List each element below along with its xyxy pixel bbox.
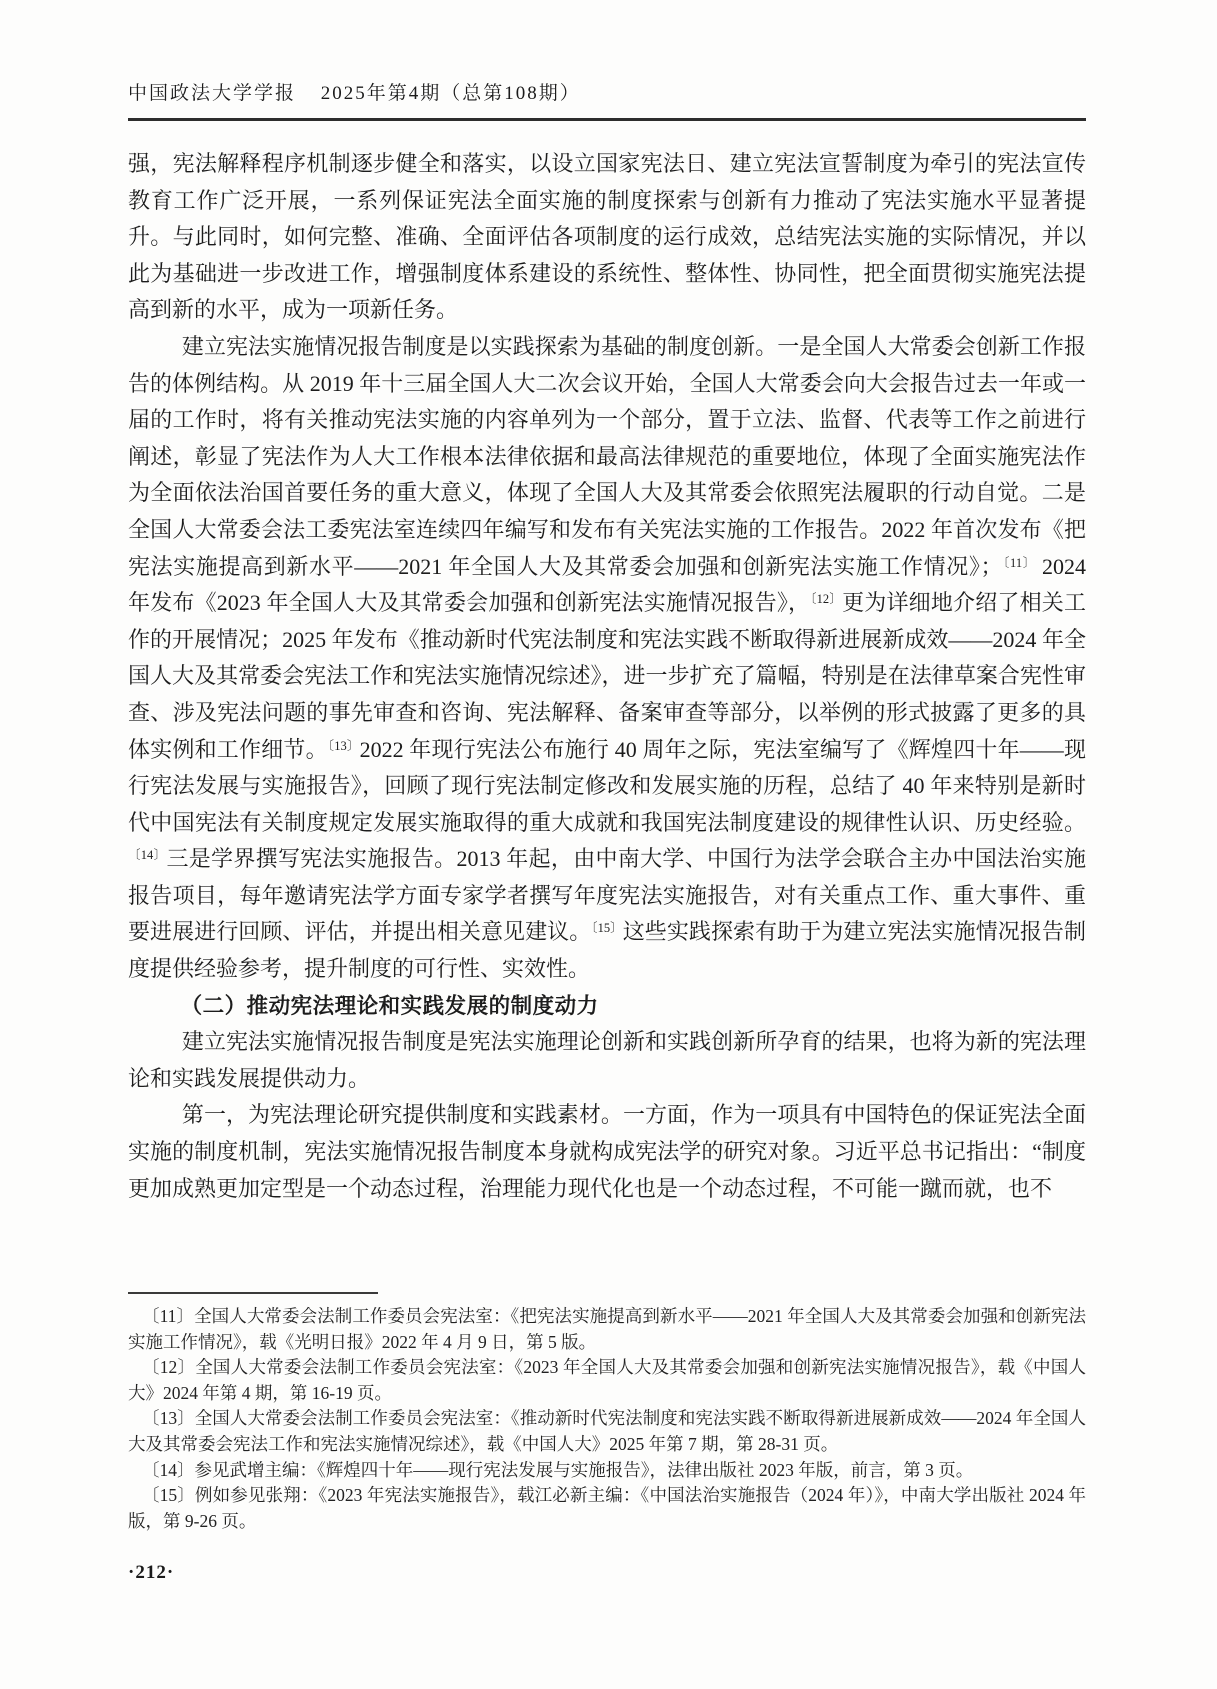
header-rule xyxy=(128,118,1086,121)
footnote-label: 〔14〕 xyxy=(142,1460,195,1480)
footnote-list: 〔11〕全国人大常委会法制工作委员会宪法室：《把宪法实施提高到新水平——2021… xyxy=(128,1304,1086,1534)
body-paragraph: 建立宪法实施情况报告制度是宪法实施理论创新和实践创新所孕育的结果，也将为新的宪法… xyxy=(128,1024,1086,1097)
body-paragraph: 第一，为宪法理论研究提供制度和实践素材。一方面，作为一项具有中国特色的保证宪法全… xyxy=(128,1097,1086,1207)
footnote: 〔13〕全国人大常委会法制工作委员会宪法室：《推动新时代宪法制度和宪法实践不断取… xyxy=(128,1406,1086,1457)
footnote-reference: 〔11〕 xyxy=(1003,556,1036,570)
footnote: 〔12〕全国人大常委会法制工作委员会宪法室：《2023 年全国人大及其常委会加强… xyxy=(128,1355,1086,1406)
footnote-label: 〔11〕 xyxy=(142,1306,194,1326)
footnote-text: 参见武增主编：《辉煌四十年——现行宪法发展与实施报告》，法律出版社 2023 年… xyxy=(195,1460,974,1480)
article-body: 强，宪法解释程序机制逐步健全和落实，以设立国家宪法日、建立宪法宣誓制度为牵引的宪… xyxy=(128,146,1086,1207)
footnote-reference: 〔15〕 xyxy=(591,921,622,935)
body-paragraph: 强，宪法解释程序机制逐步健全和落实，以设立国家宪法日、建立宪法宣誓制度为牵引的宪… xyxy=(128,146,1086,329)
footnote-text: 例如参见张翔：《2023 年宪法实施报告》，载江必新主编：《中国法治实施报告（2… xyxy=(128,1485,1086,1531)
footnote-label: 〔13〕 xyxy=(142,1408,195,1428)
footnote-reference: 〔13〕 xyxy=(328,739,360,753)
running-head-line: 中国政法大学学报 2025年第4期（总第108期） xyxy=(128,78,1086,105)
page-number: ·212· xyxy=(128,1562,174,1584)
footnote-text: 全国人大常委会法制工作委员会宪法室：《把宪法实施提高到新水平——2021 年全国… xyxy=(128,1306,1086,1352)
section-heading: （二）推动宪法理论和实践发展的制度动力 xyxy=(128,988,1086,1025)
footnote: 〔11〕全国人大常委会法制工作委员会宪法室：《把宪法实施提高到新水平——2021… xyxy=(128,1304,1086,1355)
footnote: 〔14〕参见武增主编：《辉煌四十年——现行宪法发展与实施报告》，法律出版社 20… xyxy=(128,1458,1086,1484)
footnote-reference: 〔14〕 xyxy=(128,848,166,862)
footnote-text: 全国人大常委会法制工作委员会宪法室：《推动新时代宪法制度和宪法实践不断取得新进展… xyxy=(128,1408,1086,1454)
footnote-label: 〔15〕 xyxy=(142,1485,195,1505)
page-header: 中国政法大学学报 2025年第4期（总第108期） xyxy=(128,78,1086,121)
footnote-separator-rule xyxy=(128,1292,378,1294)
journal-title: 中国政法大学学报 xyxy=(128,83,296,104)
footnote-text: 全国人大常委会法制工作委员会宪法室：《2023 年全国人大及其常委会加强和创新宪… xyxy=(128,1357,1086,1403)
footnote-reference: 〔12〕 xyxy=(810,592,842,606)
journal-page: 中国政法大学学报 2025年第4期（总第108期） 强，宪法解释程序机制逐步健全… xyxy=(0,0,1217,1689)
footnote-label: 〔12〕 xyxy=(142,1357,195,1377)
body-paragraph: 建立宪法实施情况报告制度是以实践探索为基础的制度创新。一是全国人大常委会创新工作… xyxy=(128,329,1086,988)
footnote-area: 〔11〕全国人大常委会法制工作委员会宪法室：《把宪法实施提高到新水平——2021… xyxy=(128,1292,1086,1534)
footnote: 〔15〕例如参见张翔：《2023 年宪法实施报告》，载江必新主编：《中国法治实施… xyxy=(128,1483,1086,1534)
issue-info: 2025年第4期（总第108期） xyxy=(321,83,581,104)
